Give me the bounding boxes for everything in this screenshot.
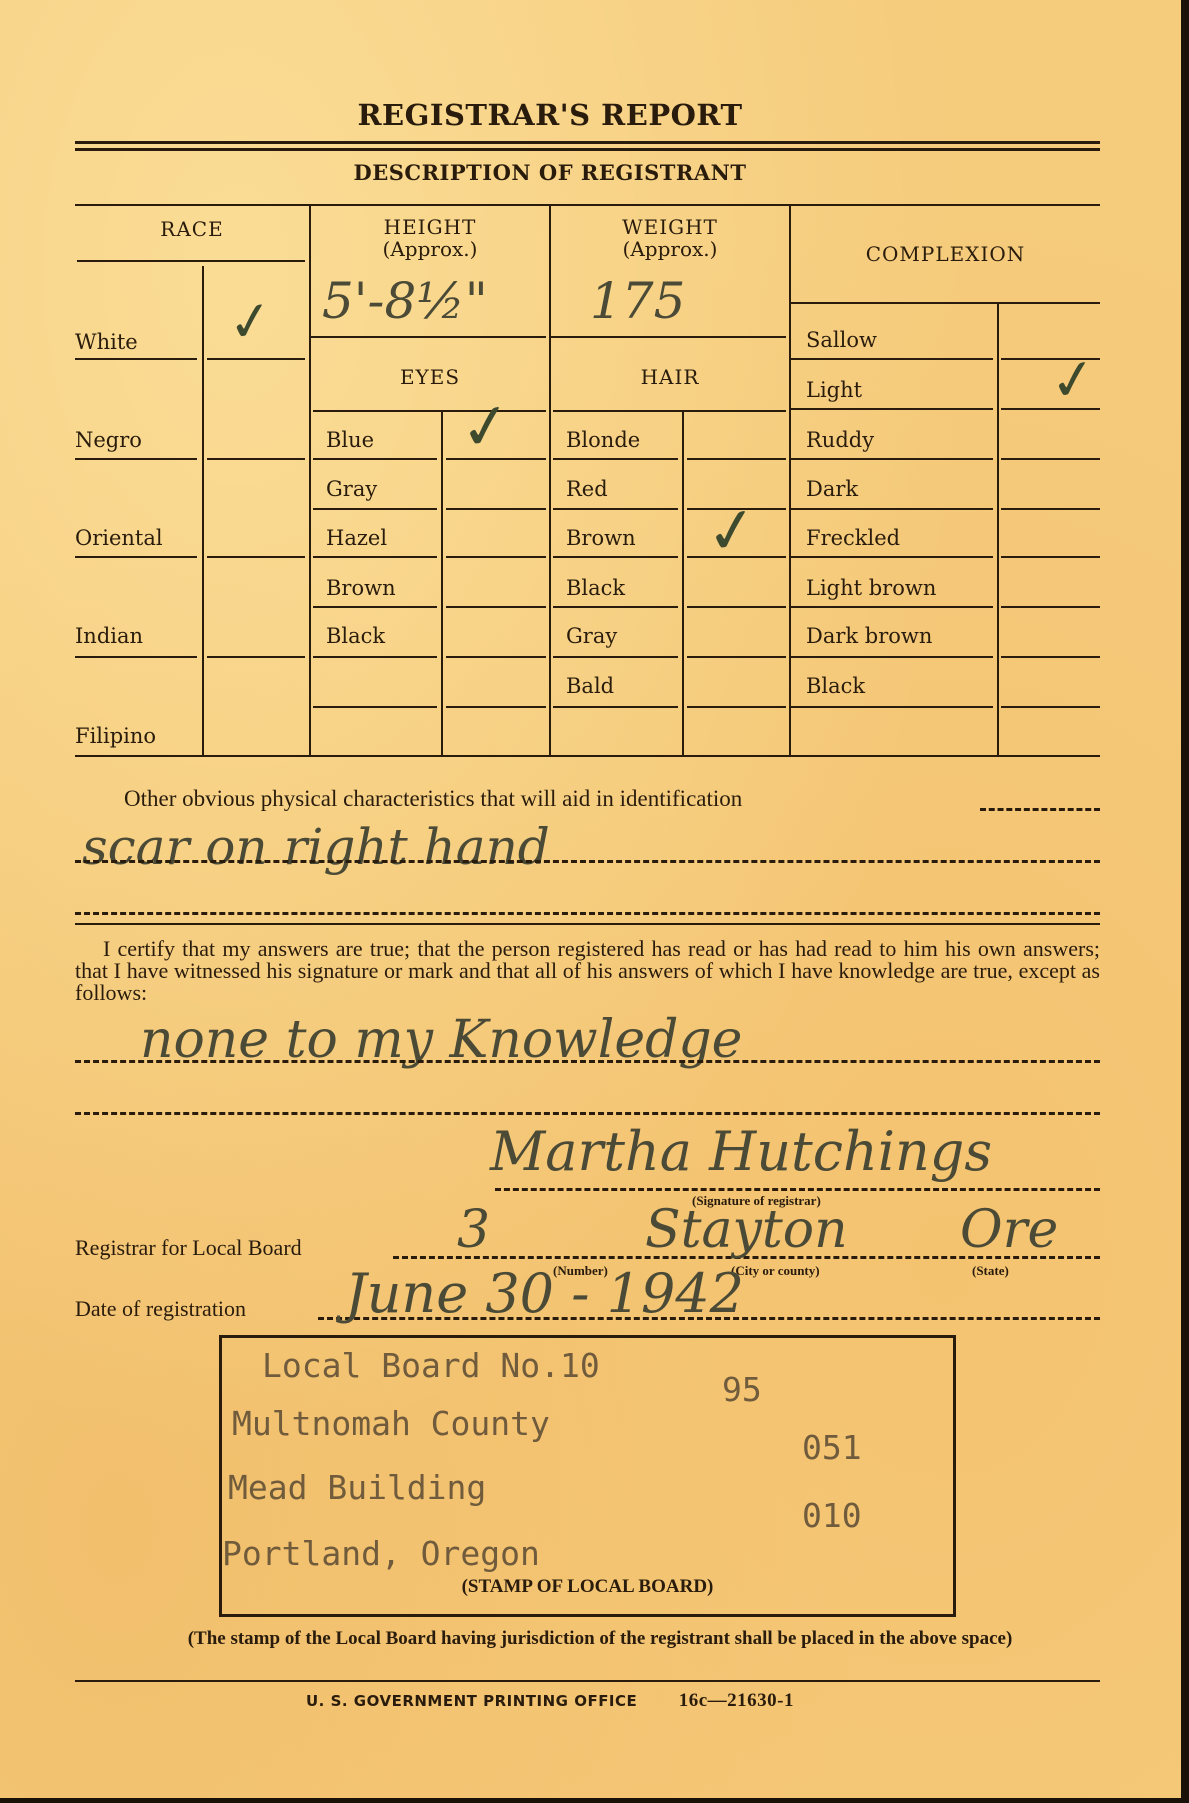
race-option-negro: Negro	[75, 428, 142, 452]
complexion-option-light: Light	[806, 378, 862, 402]
row-rule	[791, 508, 993, 510]
registration-card: REGISTRAR'S REPORT DESCRIPTION OF REGIST…	[0, 0, 1181, 1798]
table-bottom-border	[75, 755, 1100, 757]
row-rule	[313, 706, 437, 708]
form-code: 16c—21630-1	[679, 1690, 794, 1711]
complexion-option-black: Black	[806, 674, 865, 698]
race-heading-rule	[77, 260, 305, 262]
race-row-rule	[75, 556, 197, 558]
eyes-heading: EYES	[311, 366, 549, 388]
complexion-option-light-brown: Light brown	[806, 576, 936, 600]
stamp-code-3: 010	[802, 1496, 862, 1535]
row-rule	[446, 606, 546, 608]
row-rule	[313, 458, 437, 460]
race-row-rule	[207, 556, 305, 558]
row-rule	[687, 458, 786, 460]
table-top-border	[75, 204, 1100, 206]
race-option-indian: Indian	[75, 624, 143, 648]
row-rule	[1001, 408, 1100, 410]
height-value[interactable]: 5'-8½"	[322, 272, 488, 330]
characteristics-value[interactable]: scar on right hand	[82, 818, 550, 876]
race-option-white: White	[75, 330, 138, 354]
row-rule	[791, 606, 993, 608]
height-rule	[311, 336, 546, 338]
complexion-heading: COMPLEXION	[791, 243, 1100, 265]
row-rule	[446, 706, 546, 708]
divider-hair-checks	[682, 412, 684, 755]
hair-heading-rule	[553, 410, 786, 412]
row-rule	[1001, 508, 1100, 510]
race-row-rule	[207, 458, 305, 460]
stamp-label: (STAMP OF LOCAL BOARD)	[222, 1576, 953, 1598]
stamp-code-2: 051	[802, 1428, 862, 1467]
hair-option-brown: Brown	[566, 526, 636, 550]
race-row-rule	[75, 656, 197, 658]
local-board-number[interactable]: 3	[457, 1200, 490, 1260]
row-rule	[553, 508, 678, 510]
city-caption: (City or county)	[731, 1263, 820, 1279]
row-rule	[446, 458, 546, 460]
certification-text: I certify that my answers are true; that…	[75, 938, 1100, 1004]
weight-rule	[551, 336, 786, 338]
printer-office: U. S. GOVERNMENT PRINTING OFFICE	[306, 1692, 637, 1710]
weight-subheading: (Approx.)	[551, 238, 789, 260]
race-option-oriental: Oriental	[75, 526, 163, 550]
weight-heading: WEIGHT	[551, 216, 789, 238]
row-rule	[313, 556, 437, 558]
complexion-light-check-icon[interactable]: ✓	[1046, 345, 1102, 416]
row-rule	[313, 606, 437, 608]
row-rule	[1001, 656, 1100, 658]
page-title: REGISTRAR'S REPORT	[0, 98, 1100, 132]
row-rule	[1001, 458, 1100, 460]
characteristics-line-2	[75, 912, 1100, 915]
row-rule	[313, 656, 437, 658]
row-rule	[791, 358, 993, 360]
title-rule-bottom	[75, 148, 1100, 151]
hair-option-bald: Bald	[566, 674, 614, 698]
height-subheading: (Approx.)	[311, 238, 549, 260]
row-rule	[553, 656, 678, 658]
section-title: DESCRIPTION OF REGISTRANT	[0, 160, 1100, 185]
complexion-option-dark: Dark	[806, 477, 858, 501]
eyes-option-black: Black	[326, 624, 385, 648]
local-board-state[interactable]: Ore	[960, 1200, 1058, 1260]
row-rule	[687, 656, 786, 658]
registrar-signature[interactable]: Martha Hutchings	[490, 1120, 992, 1183]
divider-race-checks	[202, 266, 204, 755]
complexion-option-sallow: Sallow	[806, 328, 877, 352]
footer-rule	[75, 1680, 1100, 1682]
row-rule	[791, 556, 993, 558]
divider-race-height	[309, 205, 311, 755]
divider-complexion-checks	[997, 304, 999, 755]
divider-weight-complexion	[789, 205, 791, 755]
row-rule	[1001, 606, 1100, 608]
hair-option-blonde: Blonde	[566, 428, 640, 452]
row-rule	[446, 556, 546, 558]
stamp-footnote: (The stamp of the Local Board having jur…	[150, 1628, 1050, 1649]
divider-height-weight	[549, 205, 551, 755]
row-rule	[791, 706, 993, 708]
row-rule	[553, 706, 678, 708]
characteristics-line-1	[75, 860, 1100, 863]
complexion-option-freckled: Freckled	[806, 526, 900, 550]
complexion-option-ruddy: Ruddy	[806, 428, 874, 452]
row-rule	[446, 508, 546, 510]
row-rule	[791, 656, 993, 658]
row-rule	[446, 656, 546, 658]
hair-brown-check-icon[interactable]: ✓	[701, 491, 763, 571]
eyes-option-blue: Blue	[326, 428, 374, 452]
row-rule	[1001, 556, 1100, 558]
row-rule	[1001, 358, 1100, 360]
weight-value[interactable]: 175	[590, 272, 685, 330]
row-rule	[553, 606, 678, 608]
state-caption: (State)	[972, 1263, 1009, 1279]
hair-option-gray: Gray	[566, 624, 617, 648]
eyes-blue-check-icon[interactable]: ✓	[455, 387, 517, 467]
signature-line	[495, 1188, 1100, 1191]
divider-eyes-checks	[441, 412, 443, 755]
stamp-line-2: Multnomah County	[232, 1404, 550, 1443]
hair-option-black: Black	[566, 576, 625, 600]
hair-heading: HAIR	[551, 366, 789, 388]
stamp-line-4: Portland, Oregon	[222, 1534, 540, 1573]
eyes-option-hazel: Hazel	[326, 526, 387, 550]
title-rule-top	[75, 141, 1100, 144]
row-rule	[791, 408, 993, 410]
row-rule	[553, 556, 678, 558]
registration-date-label: Date of registration	[75, 1298, 246, 1320]
race-row-rule	[75, 458, 197, 460]
row-rule	[553, 458, 678, 460]
stamp-line-1: Local Board No.10	[262, 1346, 600, 1385]
registration-date-value[interactable]: June 30 - 1942	[345, 1262, 744, 1325]
printer-line: U. S. GOVERNMENT PRINTING OFFICE 16c—216…	[0, 1690, 1100, 1712]
row-rule	[791, 458, 993, 460]
stamp-line-3: Mead Building	[228, 1468, 486, 1507]
complexion-heading-rule	[791, 302, 1100, 304]
characteristics-label: Other obvious physical characteristics t…	[124, 788, 742, 810]
local-board-city[interactable]: Stayton	[645, 1200, 848, 1260]
exceptions-line-2	[75, 1112, 1100, 1115]
row-rule	[687, 706, 786, 708]
race-option-filipino: Filipino	[75, 724, 156, 748]
eyes-option-brown: Brown	[326, 576, 396, 600]
race-row-rule	[207, 656, 305, 658]
characteristics-leader	[980, 808, 1100, 811]
race-heading: RACE	[75, 218, 309, 240]
row-rule	[687, 606, 786, 608]
height-heading: HEIGHT	[311, 216, 549, 238]
characteristics-bottom-rule	[75, 923, 1100, 925]
local-board-stamp-box: Local Board No.10 95 Multnomah County 05…	[219, 1335, 956, 1617]
local-board-label: Registrar for Local Board	[75, 1237, 302, 1259]
race-row-rule	[207, 358, 305, 360]
eyes-option-gray: Gray	[326, 477, 377, 501]
race-white-check-icon[interactable]: ✓	[224, 287, 278, 356]
row-rule	[687, 556, 786, 558]
row-rule	[313, 508, 437, 510]
hair-option-red: Red	[566, 477, 608, 501]
row-rule	[687, 508, 786, 510]
eyes-heading-rule	[313, 410, 546, 412]
stamp-code-1: 95	[722, 1370, 762, 1409]
complexion-option-dark-brown: Dark brown	[806, 624, 932, 648]
row-rule	[1001, 706, 1100, 708]
exceptions-line-1	[75, 1060, 1100, 1063]
race-row-rule	[75, 358, 197, 360]
